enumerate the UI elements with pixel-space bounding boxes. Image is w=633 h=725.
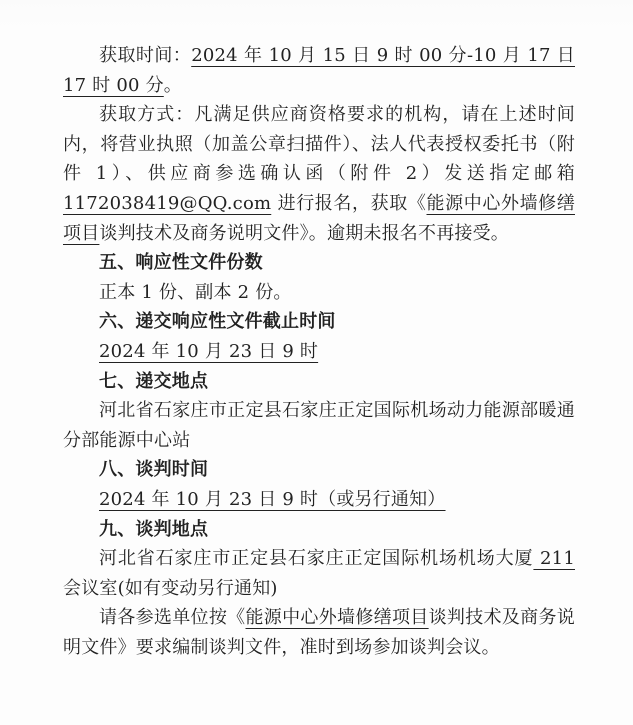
text-run: 河北省石家庄市正定县石家庄正定国际机场机场大厦 (99, 548, 533, 569)
section-9-heading: 九、谈判地点 (63, 515, 575, 545)
closing-paragraph: 请各参选单位按《能源中心外墙修缮项目谈判技术及商务说明文件》要求编制谈判文件，准… (63, 603, 575, 662)
acquisition-time-paragraph: 获取时间：2024 年 10 月 15 日 9 时 00 分-10 月 17 日… (63, 41, 575, 100)
underlined-text-run: 能源中心外墙修缮项目 (246, 607, 429, 628)
text-run: 获取时间： (99, 45, 191, 66)
document-body: 获取时间：2024 年 10 月 15 日 9 时 00 分-10 月 17 日… (63, 41, 575, 662)
text-run: 七、递交地点 (99, 371, 208, 392)
submission-deadline-paragraph: 2024 年 10 月 23 日 9 时 (63, 337, 575, 367)
text-run: 获取方式：凡满足供应商资格要求的机构，请在上述时间内，将营业执照（加盖公章扫描件… (63, 104, 575, 184)
underlined-text-run: 2024 年 10 月 23 日 9 时 (99, 341, 318, 362)
text-run: 六、递交响应性文件截止时间 (99, 311, 336, 332)
text-run: 八、谈判时间 (99, 459, 208, 480)
underlined-text-run: 1172038419@QQ.com (63, 193, 271, 214)
underlined-text-run: 2024 年 10 月 23 日 9 时（或另行通知） (99, 489, 446, 510)
underlined-text-run: 211 (533, 548, 575, 569)
copies-paragraph: 正本 1 份、副本 2 份。 (63, 278, 575, 308)
text-run: 会议室(如有变动另行通知) (63, 578, 278, 599)
section-5-heading: 五、响应性文件份数 (63, 248, 575, 278)
text-run: 请各参选单位按《 (99, 607, 246, 628)
section-6-heading: 六、递交响应性文件截止时间 (63, 307, 575, 337)
text-run: 五、响应性文件份数 (99, 252, 263, 273)
text-run: 正本 1 份、副本 2 份。 (99, 282, 292, 303)
text-run: 。 (164, 75, 182, 96)
acquisition-method-paragraph: 获取方式：凡满足供应商资格要求的机构，请在上述时间内，将营业执照（加盖公章扫描件… (63, 100, 575, 248)
negotiation-time-paragraph: 2024 年 10 月 23 日 9 时（或另行通知） (63, 485, 575, 515)
submission-address-paragraph: 河北省石家庄市正定县石家庄正定国际机场动力能源部暖通分部能源中心站 (63, 396, 575, 455)
section-8-heading: 八、谈判时间 (63, 455, 575, 485)
section-7-heading: 七、递交地点 (63, 367, 575, 397)
text-run: 谈判技术及商务说明文件》。逾期未报名不再接受。 (99, 223, 509, 244)
scanned-document-page: 获取时间：2024 年 10 月 15 日 9 时 00 分-10 月 17 日… (0, 0, 633, 725)
text-run: 九、谈判地点 (99, 519, 208, 540)
negotiation-address-paragraph: 河北省石家庄市正定县石家庄正定国际机场机场大厦 211 会议室(如有变动另行通知… (63, 544, 575, 603)
text-run: 河北省石家庄市正定县石家庄正定国际机场动力能源部暖通分部能源中心站 (63, 400, 575, 451)
text-run: 进行报名，获取《 (271, 193, 426, 214)
